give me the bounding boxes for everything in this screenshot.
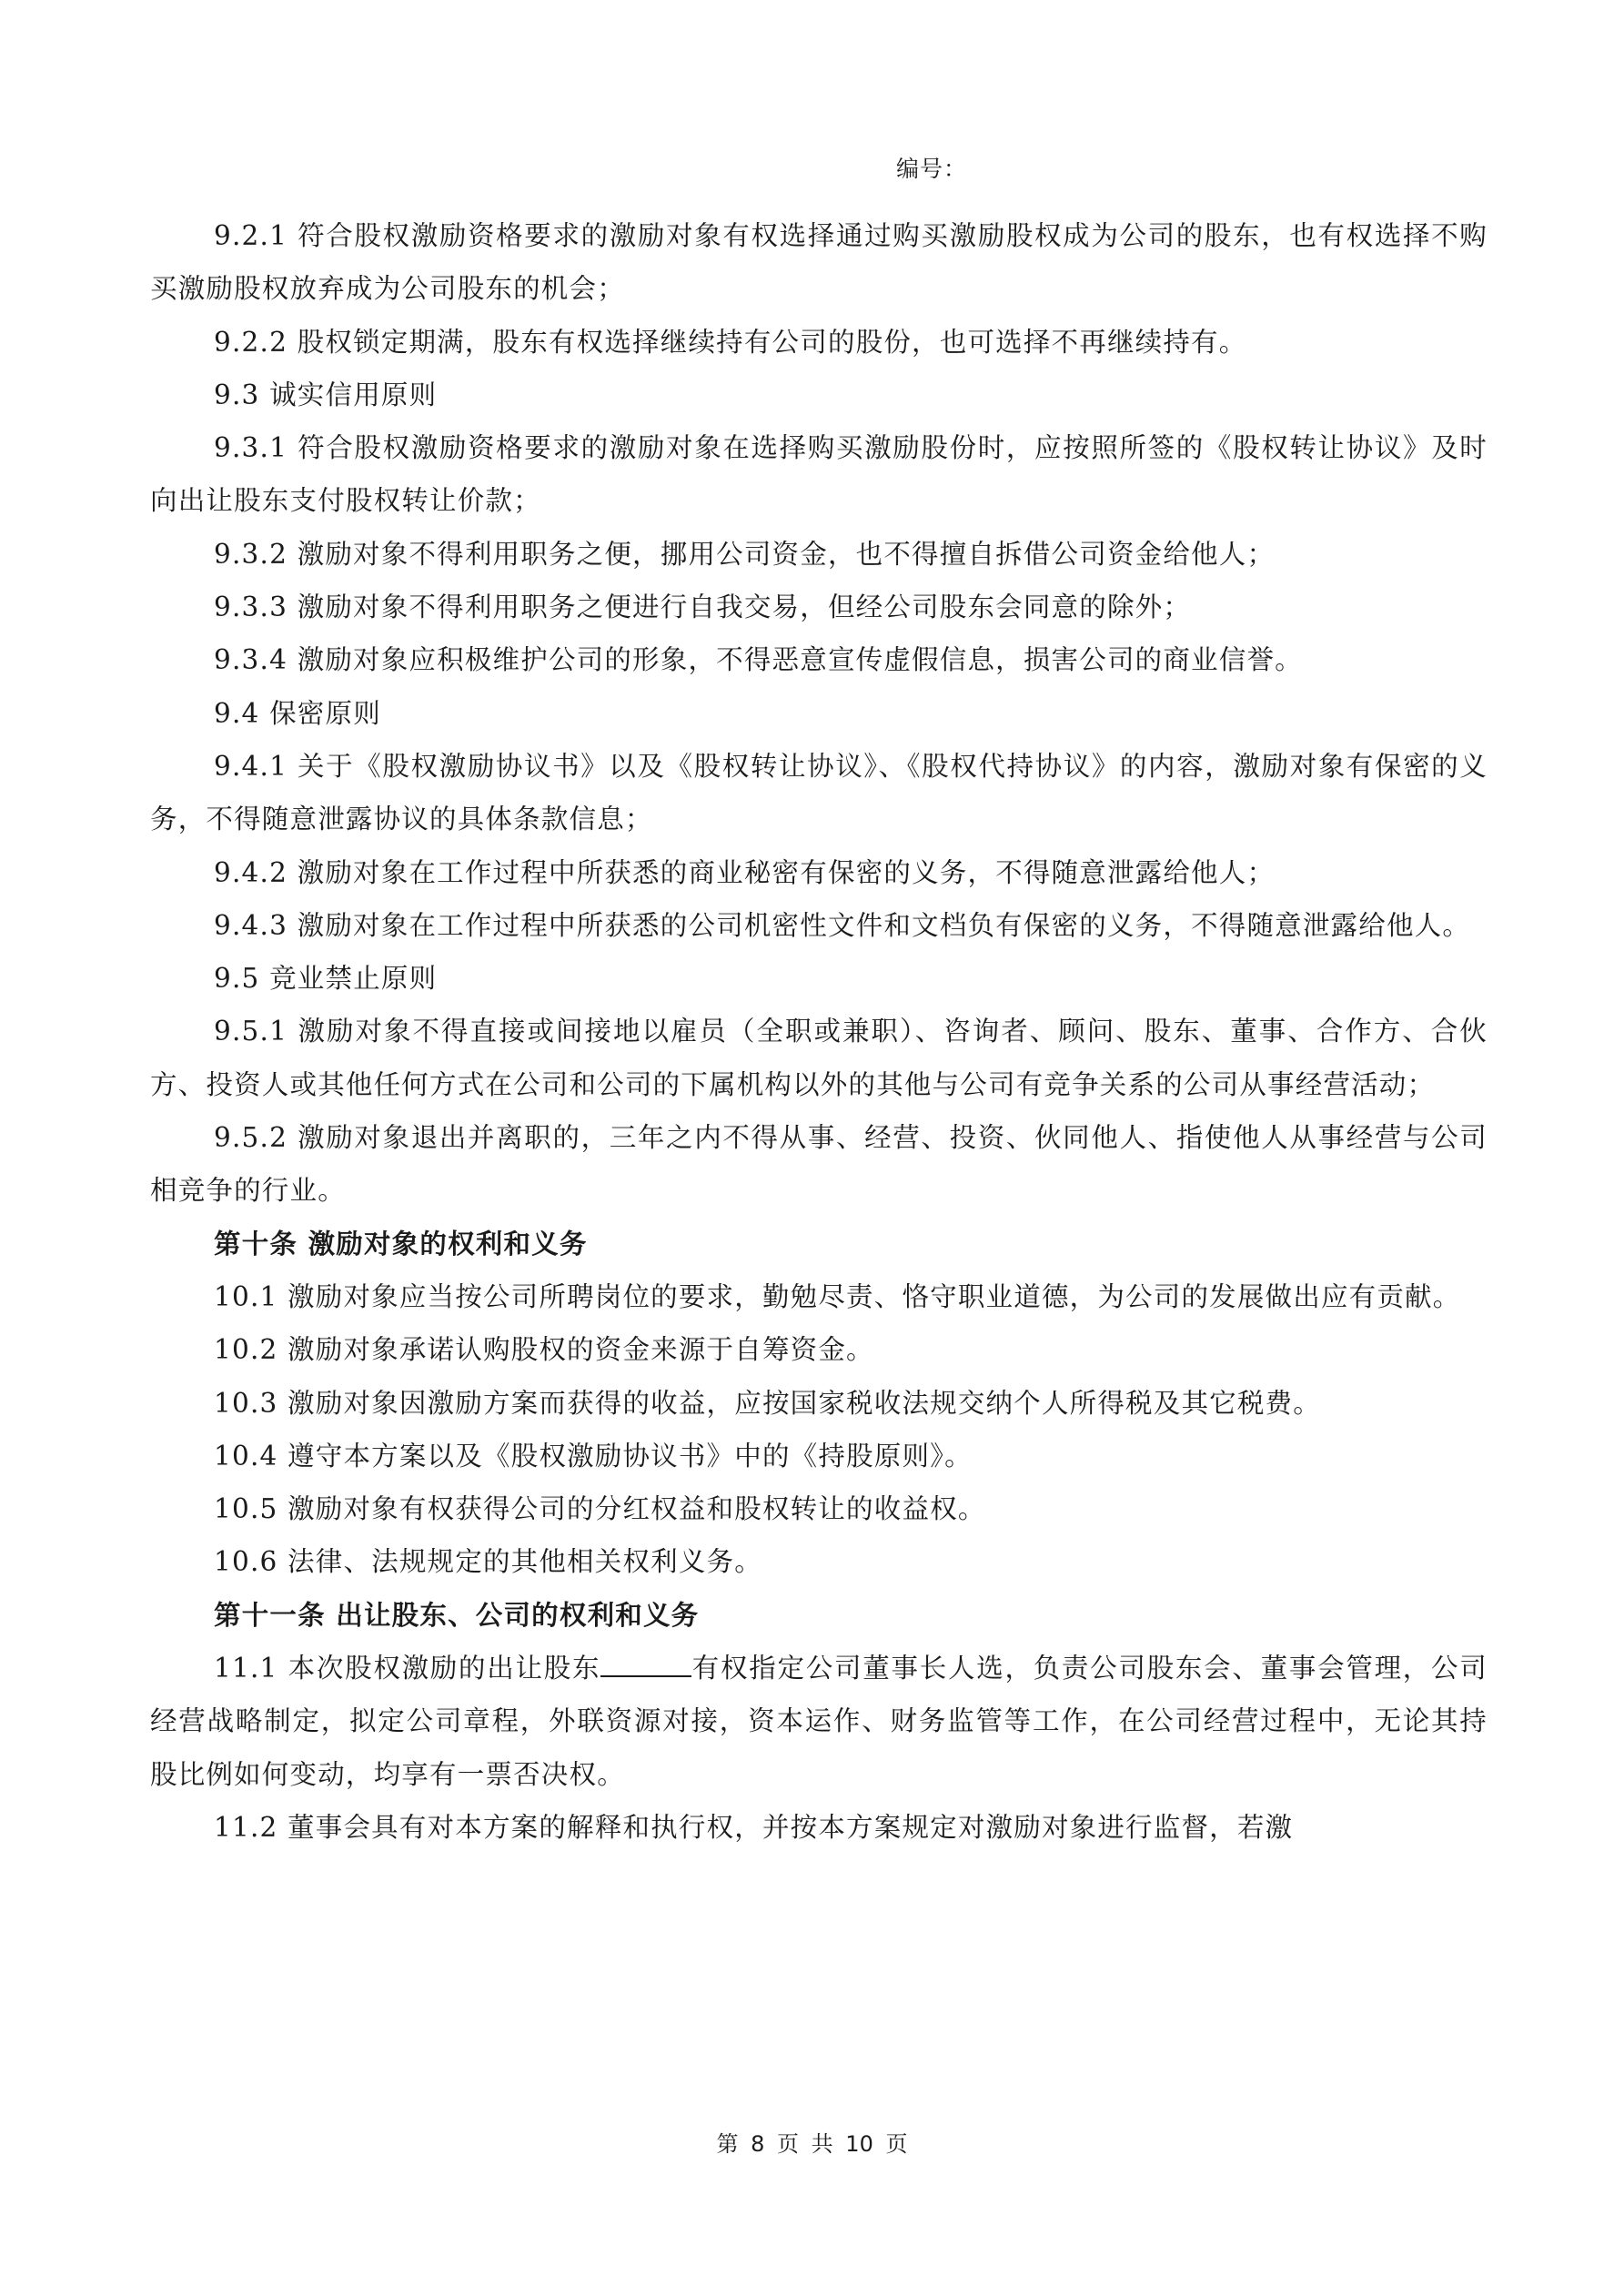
article-10-heading: 第十条 激励对象的权利和义务 bbox=[150, 1218, 1488, 1270]
clause-9-5-title: 9.5 竞业禁止原则 bbox=[150, 952, 1488, 1005]
clause-10-6: 10.6 法律、法规规定的其他相关权利义务。 bbox=[150, 1535, 1488, 1588]
document-page: 编号： 9.2.1 符合股权激励资格要求的激励对象有权选择通过购买激励股权成为公… bbox=[0, 0, 1624, 2296]
clause-10-4: 10.4 遵守本方案以及《股权激励协议书》中的《持股原则》。 bbox=[150, 1430, 1488, 1482]
clause-11-1-before: 11.1 本次股权激励的出让股东 bbox=[214, 1653, 600, 1684]
clause-10-3: 10.3 激励对象因激励方案而获得的收益，应按国家税收法规交纳个人所得税及其它税… bbox=[150, 1377, 1488, 1430]
clause-9-4-3: 9.4.3 激励对象在工作过程中所获悉的公司机密性文件和文档负有保密的义务，不得… bbox=[150, 899, 1488, 952]
article-11-heading: 第十一条 出让股东、公司的权利和义务 bbox=[150, 1589, 1488, 1642]
clause-9-3-1: 9.3.1 符合股权激励资格要求的激励对象在选择购买激励股份时，应按照所签的《股… bbox=[150, 421, 1488, 528]
clause-9-5-2: 9.5.2 激励对象退出并离职的，三年之内不得从事、经营、投资、伙同他人、指使他… bbox=[150, 1111, 1488, 1218]
clause-9-3-4: 9.3.4 激励对象应积极维护公司的形象，不得恶意宣传虚假信息，损害公司的商业信… bbox=[150, 633, 1488, 686]
shareholder-name-blank bbox=[600, 1652, 691, 1677]
clause-10-1: 10.1 激励对象应当按公司所聘岗位的要求，勤勉尽责、恪守职业道德，为公司的发展… bbox=[150, 1270, 1488, 1323]
clause-9-4-1: 9.4.1 关于《股权激励协议书》以及《股权转让协议》、《股权代持协议》的内容，… bbox=[150, 740, 1488, 846]
clause-9-5-1: 9.5.1 激励对象不得直接或间接地以雇员（全职或兼职）、咨询者、顾问、股东、董… bbox=[150, 1005, 1488, 1111]
page-footer: 第 8 页 共 10 页 bbox=[0, 2126, 1624, 2158]
clause-9-3-title: 9.3 诚实信用原则 bbox=[150, 369, 1488, 421]
clause-9-4-title: 9.4 保密原则 bbox=[150, 687, 1488, 740]
clause-9-3-3: 9.3.3 激励对象不得利用职务之便进行自我交易，但经公司股东会同意的除外； bbox=[150, 581, 1488, 633]
clause-10-5: 10.5 激励对象有权获得公司的分红权益和股权转让的收益权。 bbox=[150, 1482, 1488, 1535]
clause-10-2: 10.2 激励对象承诺认购股权的资金来源于自筹资金。 bbox=[150, 1323, 1488, 1376]
clause-11-1: 11.1 本次股权激励的出让股东有权指定公司董事长人选，负责公司股东会、董事会管… bbox=[150, 1642, 1488, 1801]
clause-11-2: 11.2 董事会具有对本方案的解释和执行权，并按本方案规定对激励对象进行监督，若… bbox=[150, 1801, 1488, 1854]
clause-9-3-2: 9.3.2 激励对象不得利用职务之便，挪用公司资金，也不得擅自拆借公司资金给他人… bbox=[150, 528, 1488, 581]
clause-9-4-2: 9.4.2 激励对象在工作过程中所获悉的商业秘密有保密的义务，不得随意泄露给他人… bbox=[150, 846, 1488, 899]
document-number-label: 编号： bbox=[896, 151, 967, 184]
clause-9-2-2: 9.2.2 股权锁定期满，股东有权选择继续持有公司的股份，也可选择不再继续持有。 bbox=[150, 316, 1488, 369]
document-body: 9.2.1 符合股权激励资格要求的激励对象有权选择通过购买激励股权成为公司的股东… bbox=[150, 209, 1488, 1854]
clause-9-2-1: 9.2.1 符合股权激励资格要求的激励对象有权选择通过购买激励股权成为公司的股东… bbox=[150, 209, 1488, 316]
